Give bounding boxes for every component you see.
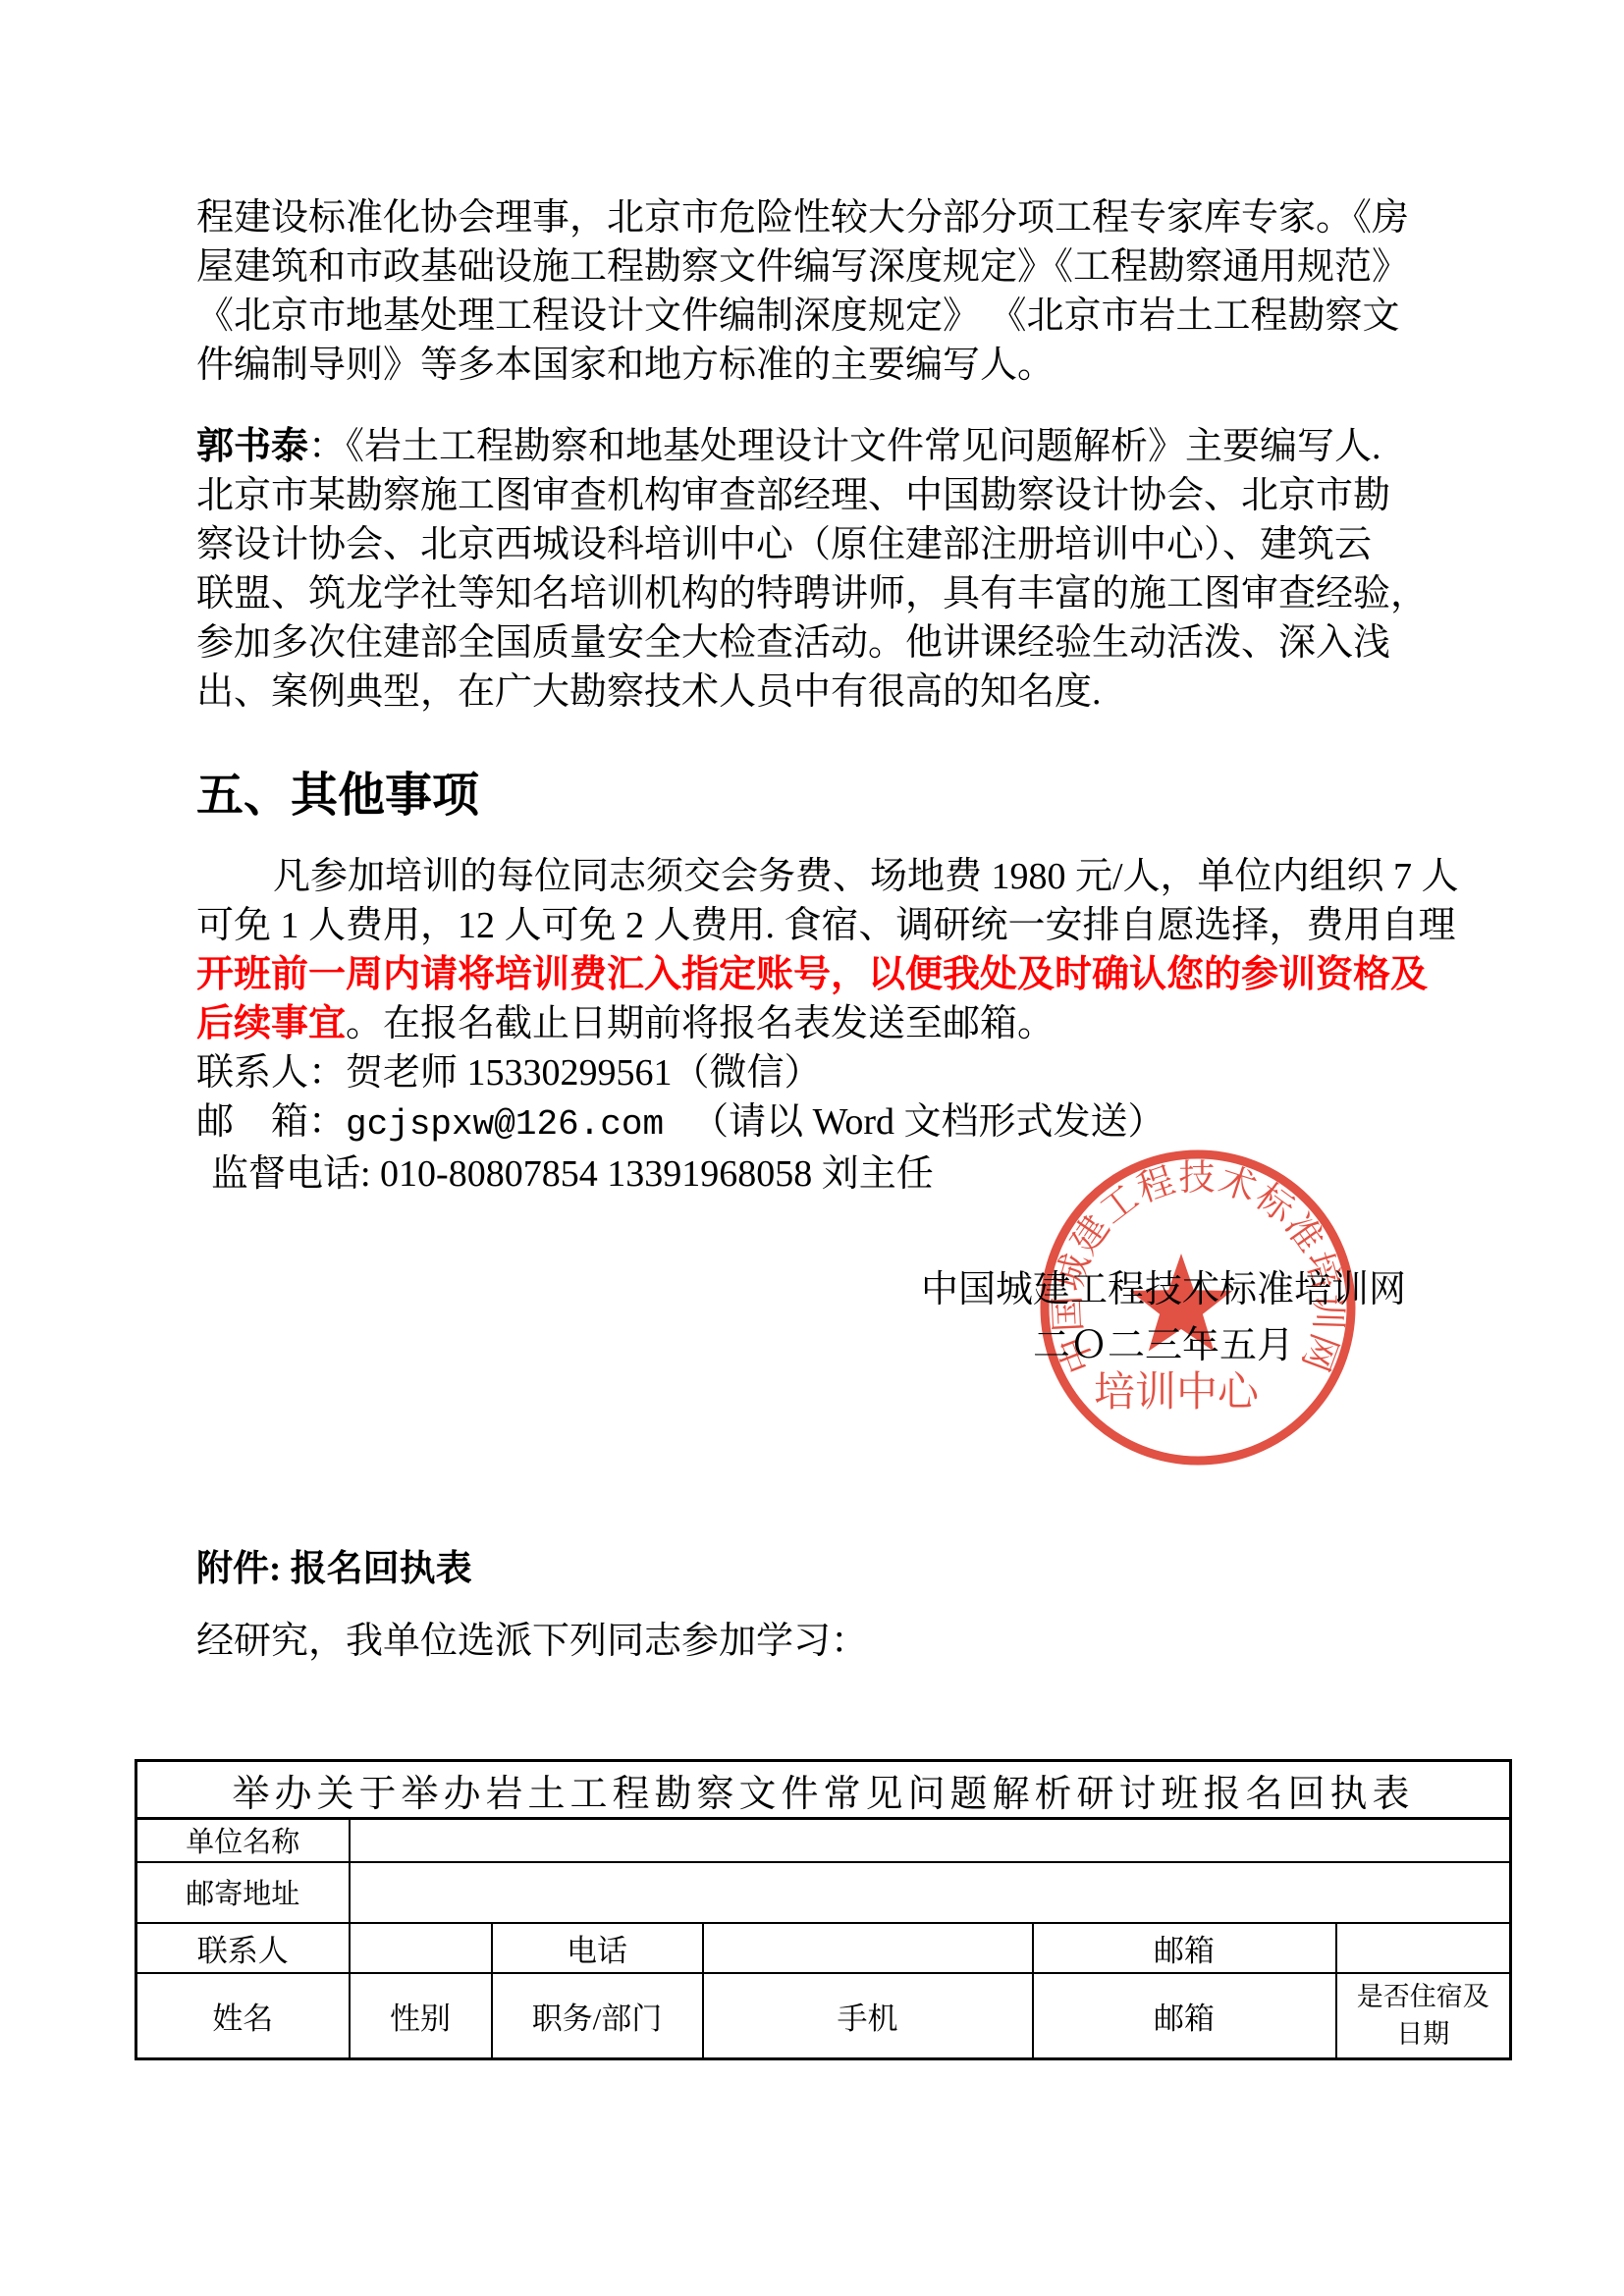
stay-label-line: 是否住宿及 bbox=[1337, 1978, 1510, 2015]
paragraph-line: 《北京市地基处理工程设计文件编制深度规定》 《北京市岩土工程勘察文 bbox=[196, 292, 1409, 341]
attachment-intro: 经研究，我单位选派下列同志参加学习： bbox=[196, 1617, 868, 1666]
unit-name-label: 单位名称 bbox=[136, 1819, 350, 1862]
person-name: 郭书泰 bbox=[196, 426, 308, 467]
paragraph-line: 察设计协会、北京西城设科培训中心（原住建部注册培训中心）、建筑云 bbox=[196, 520, 1428, 569]
mail-label: 邮箱 bbox=[1033, 1923, 1336, 1973]
address-value-cell bbox=[350, 1862, 1511, 1923]
paragraph-line: 屋建筑和市政基础设施工程勘察文件编写深度规定》《工程勘察通用规范》 bbox=[196, 242, 1409, 292]
section-heading: 五、其他事项 bbox=[196, 766, 479, 827]
mobile-column-header: 手机 bbox=[703, 1973, 1033, 2059]
signature-date: 二Ｏ二三年五月 bbox=[884, 1318, 1443, 1374]
person-title-text: ：《岩土工程勘察和地基处理设计文件常见问题解析》主要编写人. bbox=[308, 426, 1381, 467]
table-header-row: 姓名 性别 职务/部门 手机 邮箱 是否住宿及 日期 bbox=[136, 1973, 1511, 2059]
document-page: 程建设标准化协会理事，北京市危险性较大分部分项工程专家库专家。《房 屋建筑和市政… bbox=[0, 0, 1624, 2296]
gender-column-header: 性别 bbox=[350, 1973, 492, 2059]
table-row: 邮寄地址 bbox=[136, 1862, 1511, 1923]
table-title-row: 举办关于举办岩土工程勘察文件常见问题解析研讨班报名回执表 bbox=[136, 1761, 1511, 1819]
mail-value-cell bbox=[1336, 1923, 1511, 1973]
phone-label: 电话 bbox=[492, 1923, 703, 1973]
table-row: 单位名称 bbox=[136, 1819, 1511, 1862]
paragraph-line: 程建设标准化协会理事，北京市危险性较大分部分项工程专家库专家。《房 bbox=[196, 193, 1409, 242]
address-label: 邮寄地址 bbox=[136, 1862, 350, 1923]
email-label: 邮 箱： bbox=[196, 1101, 346, 1143]
warning-red-text: 后续事宜 bbox=[196, 1003, 346, 1044]
signature-block: 中国城建工程技术标准培训网 二Ｏ二三年五月 bbox=[884, 1262, 1443, 1374]
paragraph-line: 件编制导则》等多本国家和地方标准的主要编写人。 bbox=[196, 341, 1409, 390]
paragraph-line: 参加多次住建部全国质量安全大检查活动。他讲课经验生动活泼、深入浅 bbox=[196, 618, 1428, 667]
name-column-header: 姓名 bbox=[136, 1973, 350, 2059]
fee-line: 可免 1 人费用，12 人可免 2 人费用. 食宿、调研统一安排自愿选择，费用自… bbox=[196, 901, 1459, 950]
mail2-column-header: 邮箱 bbox=[1033, 1973, 1336, 2059]
payment-warning-line: 后续事宜。在报名截止日期前将报名表发送至邮箱。 bbox=[196, 999, 1459, 1048]
stay-label-line: 日期 bbox=[1337, 2015, 1510, 2053]
fee-line: 凡参加培训的每位同志须交会务费、场地费 1980 元/人，单位内组织 7 人 bbox=[196, 852, 1459, 901]
signature-org: 中国城建工程技术标准培训网 bbox=[884, 1262, 1443, 1318]
unit-name-value-cell bbox=[350, 1819, 1511, 1862]
intro-paragraph: 程建设标准化协会理事，北京市危险性较大分部分项工程专家库专家。《房 屋建筑和市政… bbox=[196, 193, 1409, 390]
stamp-center-text: 培训中心 bbox=[1094, 1369, 1261, 1415]
contact-label: 联系人 bbox=[136, 1923, 350, 1973]
position-column-header: 职务/部门 bbox=[492, 1973, 703, 2059]
payment-warning-line: 开班前一周内请将培训费汇入指定账号，以便我处及时确认您的参训资格及 bbox=[196, 950, 1459, 999]
attachment-heading: 附件: 报名回执表 bbox=[196, 1546, 472, 1593]
table-row: 联系人 电话 邮箱 bbox=[136, 1923, 1511, 1973]
phone-value-cell bbox=[703, 1923, 1033, 1973]
paragraph-line: 联盟、筑龙学社等知名培训机构的特聘讲师，具有丰富的施工图审查经验， bbox=[196, 569, 1428, 618]
contact-value-cell bbox=[350, 1923, 492, 1973]
paragraph-line: 北京市某勘察施工图审查机构审查部经理、中国勘察设计协会、北京市勘 bbox=[196, 471, 1428, 520]
stay-column-header: 是否住宿及 日期 bbox=[1336, 1973, 1511, 2059]
email-address: gcjspxw@126.com bbox=[346, 1104, 664, 1145]
paragraph-line: 郭书泰：《岩土工程勘察和地基处理设计文件常见问题解析》主要编写人. bbox=[196, 422, 1428, 471]
paragraph-line: 出、案例典型，在广大勘察技术人员中有很高的知名度. bbox=[196, 667, 1428, 717]
warning-rest-text: 。在报名截止日期前将报名表发送至邮箱。 bbox=[346, 1003, 1055, 1044]
reply-table: 举办关于举办岩土工程勘察文件常见问题解析研讨班报名回执表 单位名称 邮寄地址 联… bbox=[135, 1759, 1512, 2060]
guo-bio-paragraph: 郭书泰：《岩土工程勘察和地基处理设计文件常见问题解析》主要编写人. 北京市某勘察… bbox=[196, 422, 1428, 717]
email-note: （请以 Word 文档形式发送） bbox=[691, 1101, 1164, 1143]
contact-line: 联系人：贺老师 15330299561（微信） bbox=[196, 1048, 1459, 1097]
table-title: 举办关于举办岩土工程勘察文件常见问题解析研讨班报名回执表 bbox=[136, 1761, 1511, 1819]
